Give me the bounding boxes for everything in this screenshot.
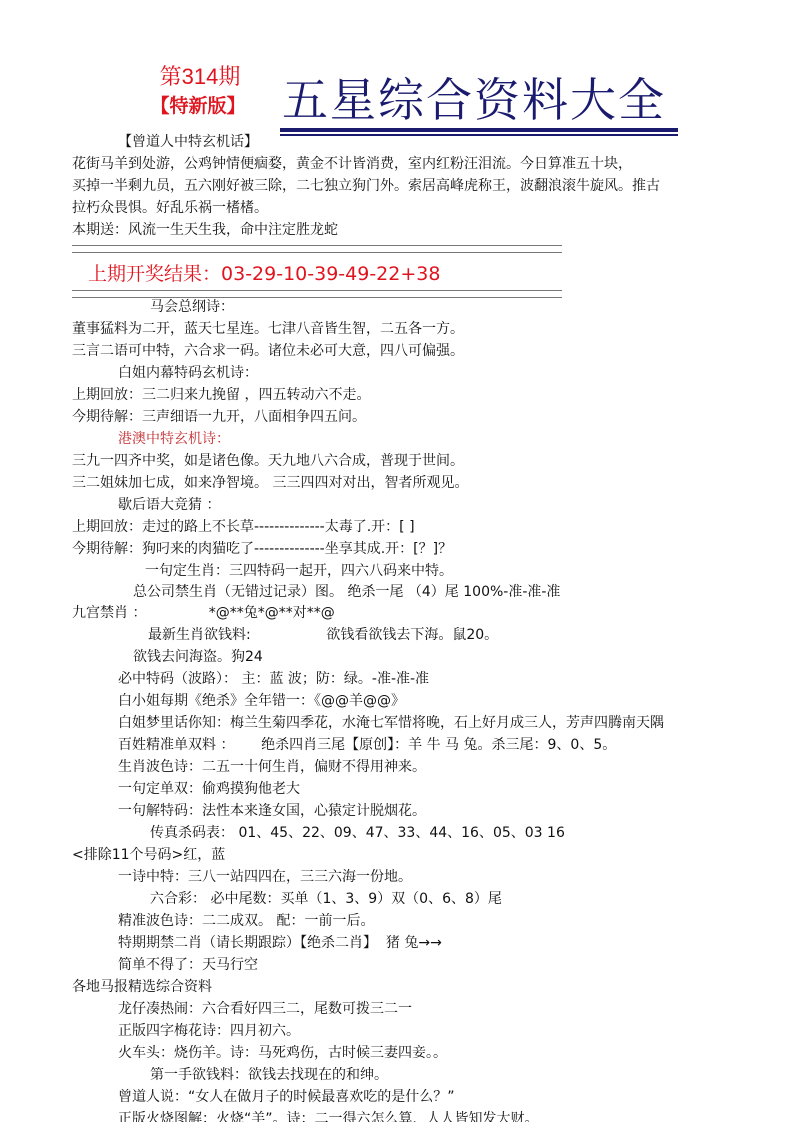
- text-line: 白姐梦里话你知：梅兰生菊四季花，水淹七军惜将晚，石上好月成三人，芳声四腾南天隅: [118, 713, 664, 733]
- text-line: 马会总纲诗：: [150, 297, 234, 317]
- text-line: 精准波色诗：二二成双。 配：一前一后。: [118, 911, 374, 931]
- intro-heading: 【曾道人中特玄机话】: [118, 132, 258, 152]
- double-separator: [72, 290, 562, 298]
- text-line: 龙仔凑热闹：六合看好四三二，尾数可拨三二一: [118, 999, 412, 1019]
- text-line: 正版火烧图解：火烧“羊”。诗：二一得六怎么算，人人皆知发大财。: [118, 1109, 539, 1122]
- intro-line: 拉朽众畏惧。好乱乐祸一榰榰。: [72, 198, 268, 218]
- issue-number: 第314期: [150, 64, 250, 90]
- text-line: 最新生肖欲钱料: 欲钱看欲钱去下海。鼠20。: [148, 625, 498, 645]
- edition-label: 【特新版】: [143, 93, 253, 119]
- text-line: 生肖波色诗：二五一十何生肖，偏财不得用神来。: [118, 757, 426, 777]
- text-line: 各地马报精选综合资料: [72, 977, 212, 997]
- last-result: 上期开奖结果：03-29-10-39-49-22+38: [88, 262, 440, 286]
- text-line: 三九一四齐中奖，如是诸色像。天九地八六合成，普现于世间。: [72, 451, 464, 471]
- double-separator: [72, 245, 562, 253]
- text-line: 一句解特码：法性本来逢女国，心猿定计脱烟花。: [118, 801, 426, 821]
- text-line: 特期期禁二肖（请长期跟踪）【绝杀二肖】 猪 兔→→: [118, 933, 442, 953]
- text-line: 一句定单双：偷鸡摸狗他老大: [118, 779, 300, 799]
- text-line: 三言二语可中特，六合求一码。诸位未必可大意，四八可偏强。: [72, 341, 464, 361]
- text-line: 白姐内幕特码玄机诗：: [118, 363, 258, 383]
- text-line: 上期回放：三二归来九挽留 ，四五转动六不走。: [72, 385, 370, 405]
- text-line: 简单不得了：天马行空: [118, 955, 258, 975]
- title-underline-thin: [280, 134, 678, 136]
- text-line: <排除11个号码>红，蓝: [72, 845, 225, 865]
- text-line: 董事猛料为二开，蓝天七星连。七津八音皆生智，二五各一方。: [72, 319, 464, 339]
- text-line: 传真杀码表： 01、45、22、09、47、33、44、16、05、03 16: [150, 823, 565, 843]
- last-result-numbers: 03-29-10-39-49-22+38: [221, 263, 440, 285]
- text-line: 上期回放：走过的路上不长草--------------太毒了.开：[ ]: [72, 517, 415, 537]
- text-line: 百姓精准单双料 ： 绝杀四肖三尾【原创】：羊 牛 马 兔。杀三尾：9、0、5。: [118, 735, 616, 755]
- text-line: 六合彩： 必中尾数：买单（1、3、9）双（0、6、8）尾: [150, 889, 502, 909]
- text-line: 港澳中特玄机诗：: [118, 429, 230, 449]
- page-title: 五星综合资料大全: [282, 72, 666, 128]
- text-line: 歇后语大竞猜 ：: [118, 495, 220, 515]
- text-line: 九宫禁肖 ： *@**兔*@**对**@: [72, 603, 335, 623]
- text-line: 一诗中特：三八一站四四在，三三六海一份地。: [118, 867, 412, 887]
- text-line: 正版四字梅花诗：四月初六。: [118, 1021, 300, 1041]
- intro-line: 本期送：风流一生天生我，命中注定胜龙蛇: [72, 220, 338, 240]
- text-line: 欲钱去问海盗。狗24: [133, 647, 263, 667]
- text-line: 第一手欲钱料：欲钱去找现在的和绅。: [150, 1065, 388, 1085]
- title-underline-thick: [280, 128, 678, 132]
- text-line: 今期待解：狗叼来的肉猫吃了--------------坐享其成.开：[？]？: [72, 539, 452, 559]
- text-line: 三二姐妹加七成，如来净智境。 三三四四对对出，智者所观见。: [72, 473, 468, 493]
- text-line: 曾道人说：“女人在做月子的时候最喜欢吃的是什么？”: [118, 1087, 455, 1107]
- text-line: 白小姐每期《绝杀》全年错一：《@@羊@@》: [118, 691, 405, 711]
- text-line: 总公司禁生肖（无错过记录）图。 绝杀一尾 （4）尾 100%-准-准-准: [133, 582, 560, 602]
- last-result-label: 上期开奖结果：: [88, 263, 221, 285]
- text-line: 火车头：烧伤羊。诗：马死鸡伤，古时候三妻四妾。。: [118, 1043, 447, 1063]
- intro-line: 买掉一半剩九员，五六刚好被三除，二七独立狗门外。索居高峰虎称王，波翻浪滚牛旋风。…: [72, 176, 660, 196]
- intro-line: 花街马羊到处游，公鸡钟情便痼婺，黄金不计皆消费，室内红粉汪泪流。今日算准五十块，: [72, 154, 632, 174]
- text-line: 必中特码（波路）： 主：蓝 波；防：绿。-准-准-准: [118, 669, 429, 689]
- text-line: 今期待解：三声细语一九开，八面相争四五问。: [72, 407, 366, 427]
- text-line: 一句定生肖：三四特码一起开，四六八码来中特。: [145, 561, 453, 581]
